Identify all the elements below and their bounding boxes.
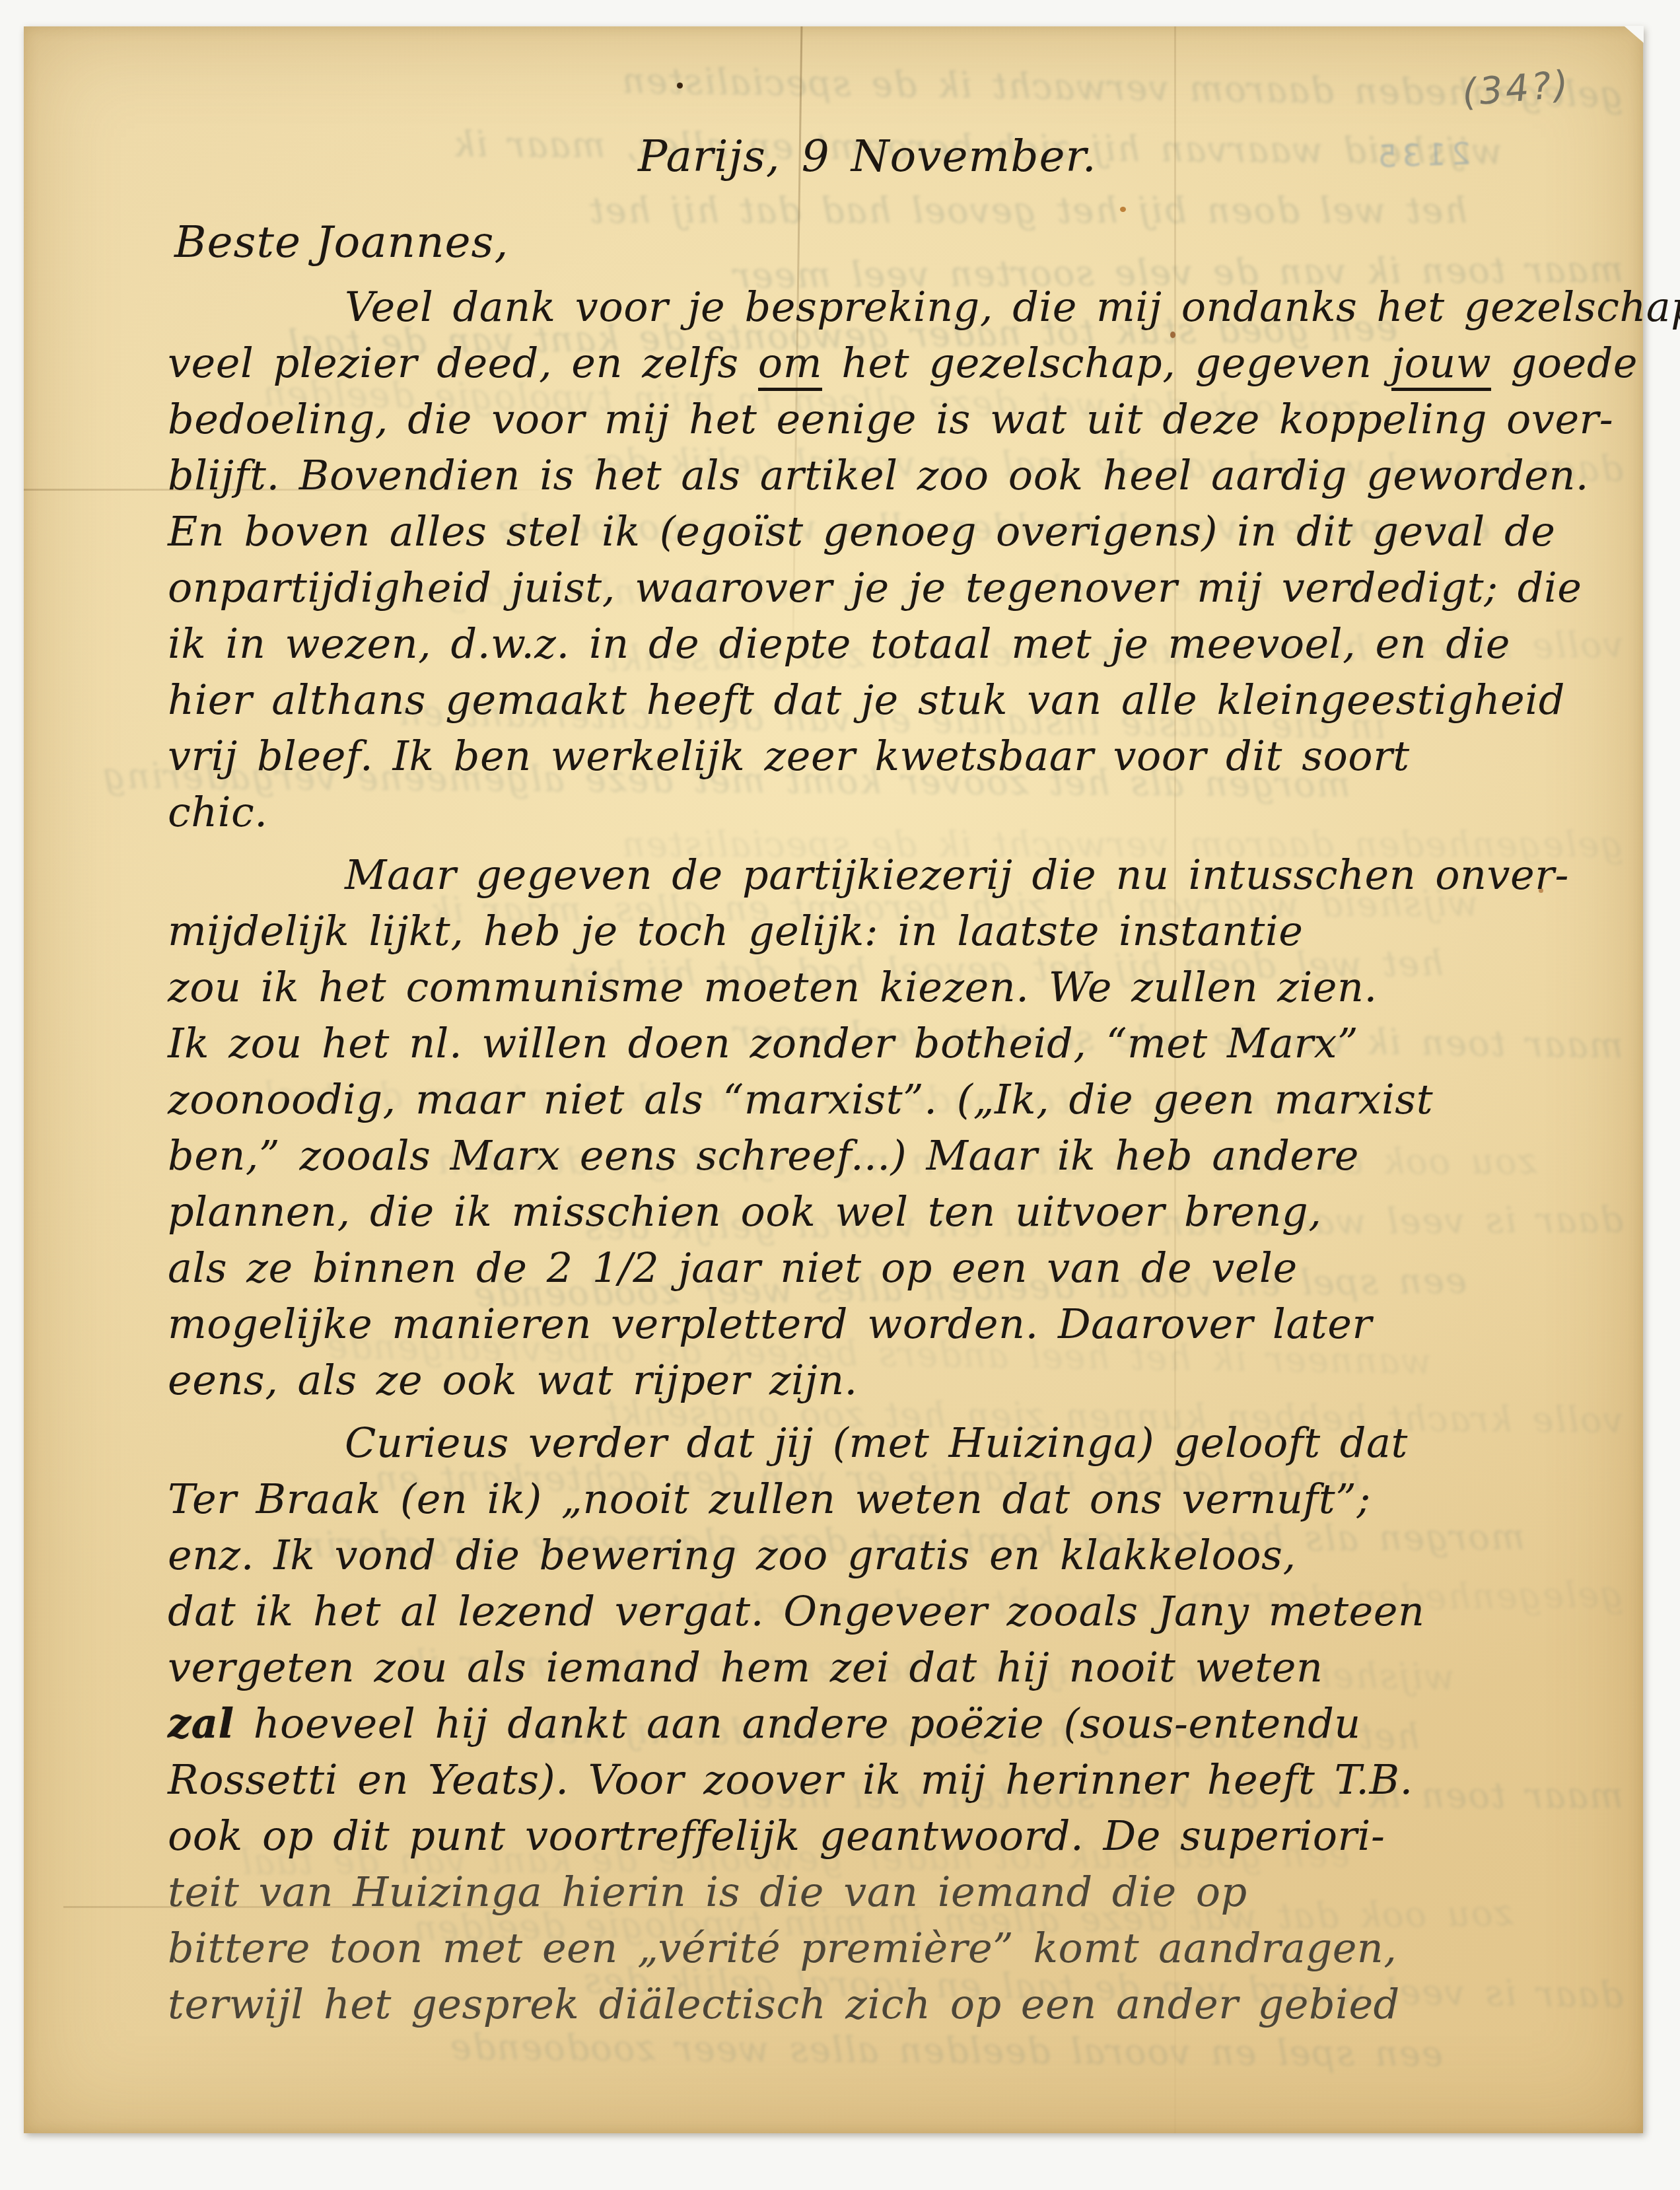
letter-line: blijft. Bovendien is het als artikel zoo… (168, 447, 1640, 503)
letter-line: als ze binnen de 2 1/2 jaar niet op een … (168, 1240, 1640, 1296)
underlined-word: om (758, 339, 822, 391)
letter-line: ik in wezen, d.w.z. in de diepte totaal … (168, 616, 1640, 672)
letter-line: plannen, die ik misschien ook wel ten ui… (168, 1183, 1640, 1240)
letter-line: eens, als ze ook wat rijper zijn. (168, 1352, 1640, 1408)
letter-line: hier althans gemaakt heeft dat je stuk v… (168, 672, 1640, 728)
salutation: Beste Joannes, (174, 217, 508, 267)
letter-line: veel plezier deed, en zelfs om het gezel… (168, 335, 1640, 391)
letter-line: vrij bleef. Ik ben werkelijk zeer kwetsb… (168, 728, 1640, 784)
letter-line: zoonoodig, maar niet als “marxist”. („Ik… (168, 1071, 1640, 1127)
letter-line: ben,” zooals Marx eens schreef...) Maar … (168, 1127, 1640, 1183)
letter-line: chic. (168, 784, 1640, 840)
scanned-letter-page: { "document": { "kind": "handwritten let… (0, 0, 1680, 2190)
letter-line: onpartijdigheid juist, waarover je je te… (168, 559, 1640, 616)
ink-speck (677, 83, 683, 88)
letter-sheet: gelegenheden daarom verwacht ik de speci… (24, 26, 1643, 2133)
letter-line: Ter Braak (en ik) „nooit zullen weten da… (168, 1471, 1640, 1527)
paragraph: Curieus verder dat jij (met Huizinga) ge… (168, 1415, 1640, 2032)
letter-line: vergeten zou als iemand hem zei dat hij … (168, 1639, 1640, 1695)
letter-line: dat ik het al lezend vergat. Ongeveer zo… (168, 1583, 1640, 1639)
emphasized-word: zal (168, 1699, 234, 1748)
paper-stain-speck (1120, 207, 1126, 212)
letter-line: terwijl het gesprek diälectisch zich op … (168, 1976, 1640, 2032)
letter-line: Rossetti en Yeats). Voor zoover ik mij h… (168, 1751, 1640, 1808)
letter-line: enz. Ik vond die bewering zoo gratis en … (168, 1527, 1640, 1583)
letter-line: teit van Huizinga hierin is die van iema… (168, 1864, 1640, 1920)
place-date-line: Parijs, 9 November. (638, 131, 1097, 182)
letter-body: Veel dank voor je bespreking, die mij on… (168, 279, 1640, 2032)
letter-line: bittere toon met een „vérité première” k… (168, 1920, 1640, 1976)
letter-line: mogelijke manieren verpletterd worden. D… (168, 1296, 1640, 1352)
letter-line: Maar gegeven de partijkiezerij die nu in… (168, 847, 1640, 903)
clipped-corner (1624, 26, 1644, 43)
letter-line: bedoeling, die voor mij het eenige is wa… (168, 391, 1640, 447)
letter-line: En boven alles stel ik (egoïst genoeg ov… (168, 503, 1640, 559)
underlined-word: jouw (1391, 339, 1492, 391)
letter-line: Ik zou het nl. willen doen zonder bothei… (168, 1015, 1640, 1071)
letter-line: Curieus verder dat jij (met Huizinga) ge… (168, 1415, 1640, 1471)
letter-line: Veel dank voor je bespreking, die mij on… (168, 279, 1640, 335)
bleed-through-text-line: gelegenheden daarom verwacht ik de speci… (50, 52, 1624, 115)
bleed-through-stamp-number: 2135 (1372, 135, 1471, 174)
letter-line: mijdelijk lijkt, heb je toch gelijk: in … (168, 903, 1640, 959)
letter-line: ook op dit punt voortreffelijk geantwoor… (168, 1808, 1640, 1864)
paragraph: Veel dank voor je bespreking, die mij on… (168, 279, 1640, 840)
paragraph: Maar gegeven de partijkiezerij die nu in… (168, 847, 1640, 1408)
letter-line: zal hoeveel hij dankt aan andere poëzie … (168, 1695, 1640, 1751)
letter-line: zou ik het communisme moeten kiezen. We … (168, 959, 1640, 1015)
